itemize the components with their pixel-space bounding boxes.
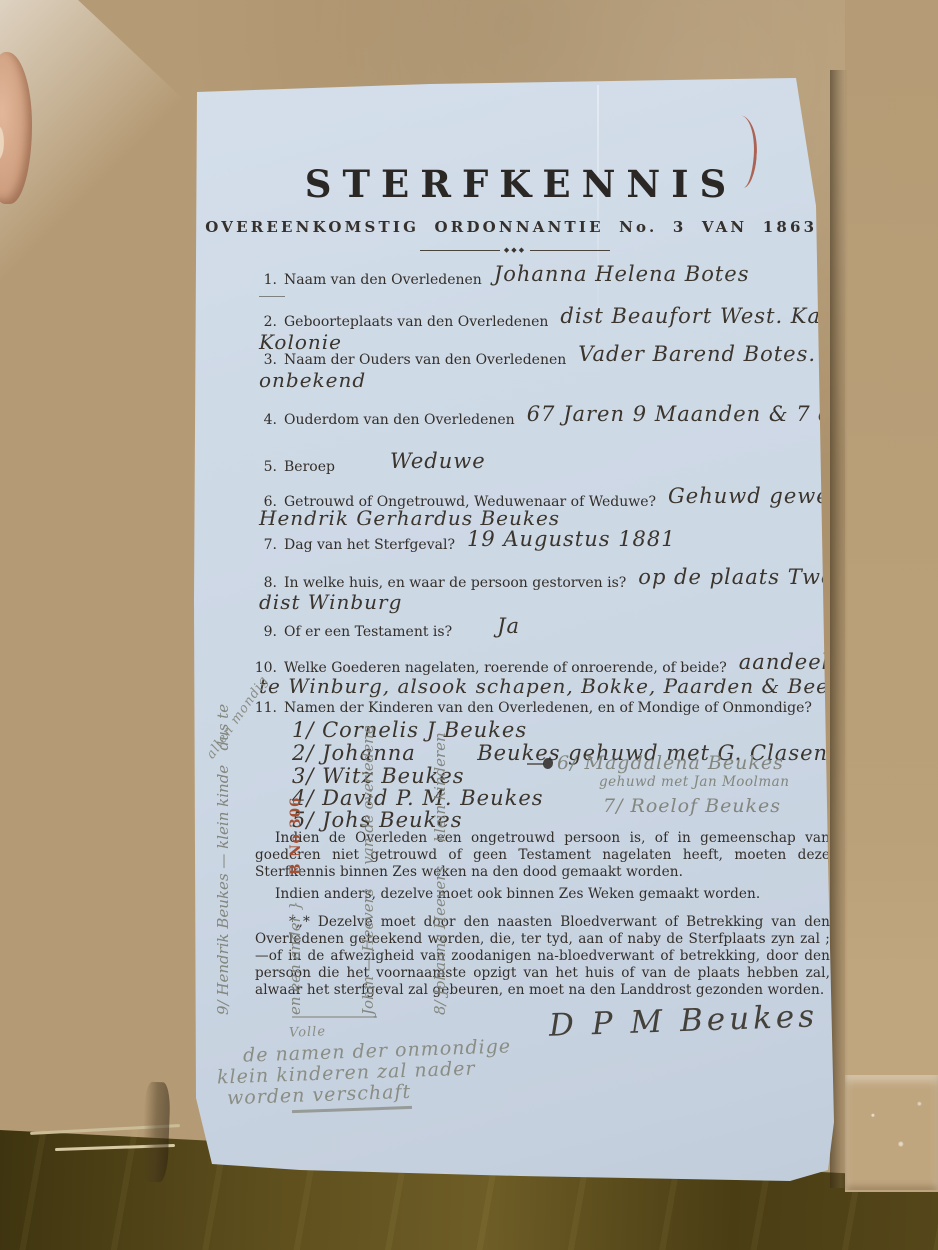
- form-item-5: 5.BeroepWeduwe: [249, 452, 486, 476]
- form-item-7: 7.Dag van het Sterfgeval?19 Augustus 188…: [249, 530, 676, 554]
- answer-underline-mark: [259, 296, 285, 297]
- item-answer: Weduwe: [390, 449, 486, 473]
- book-cover-strip: [845, 0, 938, 1192]
- ornament-diamonds: ◆◆◆: [500, 246, 530, 254]
- item-number: 9.: [249, 624, 277, 640]
- item-label: Naam van den Overledenen: [284, 272, 482, 288]
- gutter-shadow: [141, 1082, 170, 1183]
- item-label: Geboorteplaats van den Overledenen: [284, 314, 548, 330]
- item-answer: Ja: [497, 614, 520, 638]
- document-subtitle: OVEREENKOMSTIG ORDONNANTIE No. 3 VAN 186…: [197, 218, 834, 236]
- signature: D P M Beukes: [548, 998, 818, 1043]
- document-content: STERFKENNIS OVEREENKOMSTIG ORDONNANTIE N…: [197, 88, 834, 1180]
- margin-note-text: en een ander }: [286, 901, 304, 1015]
- document-title: STERFKENNIS: [197, 162, 834, 206]
- ink-blot: [543, 758, 553, 769]
- margin-note-row: Johm — Heevers van de overledene: [356, 685, 380, 1015]
- child-entry-6-note-pencil: gehuwd met Jan Moolman: [599, 774, 789, 790]
- item-answer: 19 Augustus 1881: [467, 527, 676, 551]
- red-reference-number: B No 306: [288, 797, 304, 875]
- item-label: In welke huis, en waar de persoon gestor…: [284, 575, 626, 591]
- item-number: 5.: [249, 459, 277, 475]
- form-item-3: 3.Naam der Ouders van den OverledenenVad…: [249, 345, 912, 369]
- margin-note-row: 8/ Johanna Heevers klein kinderen: [428, 685, 452, 1015]
- item-answer: dist Beaufort West. Kaap: [560, 304, 849, 328]
- item-label: Of er een Testament is?: [284, 624, 452, 640]
- item-number: 8.: [249, 575, 277, 591]
- pencil-underline: [292, 1106, 412, 1113]
- item-label: Naam der Ouders van den Overledenen: [284, 352, 566, 368]
- margin-note-row: en een ander }B No 306: [283, 685, 308, 1015]
- item-label: Beroep: [284, 459, 335, 475]
- pencil-dash-mark: [527, 763, 544, 765]
- form-item-9: 9.Of er een Testament is?Ja: [249, 617, 520, 641]
- item-number: 2.: [249, 314, 277, 330]
- item-number: 1.: [249, 272, 277, 288]
- item-answer-line2: dist Winburg: [259, 590, 402, 614]
- ornament-divider: ◆◆◆: [420, 246, 610, 254]
- pencil-insert-word: Volle: [289, 1024, 327, 1040]
- form-item-4: 4.Ouderdom van den Overledenen67 Jaren 9…: [249, 405, 889, 429]
- item-number: 3.: [249, 352, 277, 368]
- child-entry-6-pencil: 6/ Magdalena Beukes: [557, 752, 784, 774]
- item-answer-line2: onbekend: [259, 368, 366, 392]
- item-label: Dag van het Sterfgeval?: [284, 537, 455, 553]
- item-answer: Johanna Helena Botes: [494, 262, 750, 286]
- form-item-1: 1.Naam van den OverledenenJohanna Helena…: [249, 265, 750, 289]
- book-cover-tape-edge: [845, 1075, 938, 1190]
- item-number: 7.: [249, 537, 277, 553]
- pencil-stroke: [292, 1016, 377, 1018]
- photo-of-death-notice: STERFKENNIS OVEREENKOMSTIG ORDONNANTIE N…: [0, 0, 938, 1250]
- page-edge-shadow: [830, 70, 848, 1188]
- item-number: 4.: [249, 412, 277, 428]
- item-label: Ouderdom van den Overledenen: [284, 412, 515, 428]
- form-item-2: 2.Geboorteplaats van den Overledenendist…: [249, 307, 849, 331]
- child-entry-7-pencil: 7/ Roelof Beukes: [603, 795, 781, 817]
- fingernail: [0, 125, 6, 162]
- form-item-8: 8.In welke huis, en waar de persoon gest…: [249, 568, 930, 592]
